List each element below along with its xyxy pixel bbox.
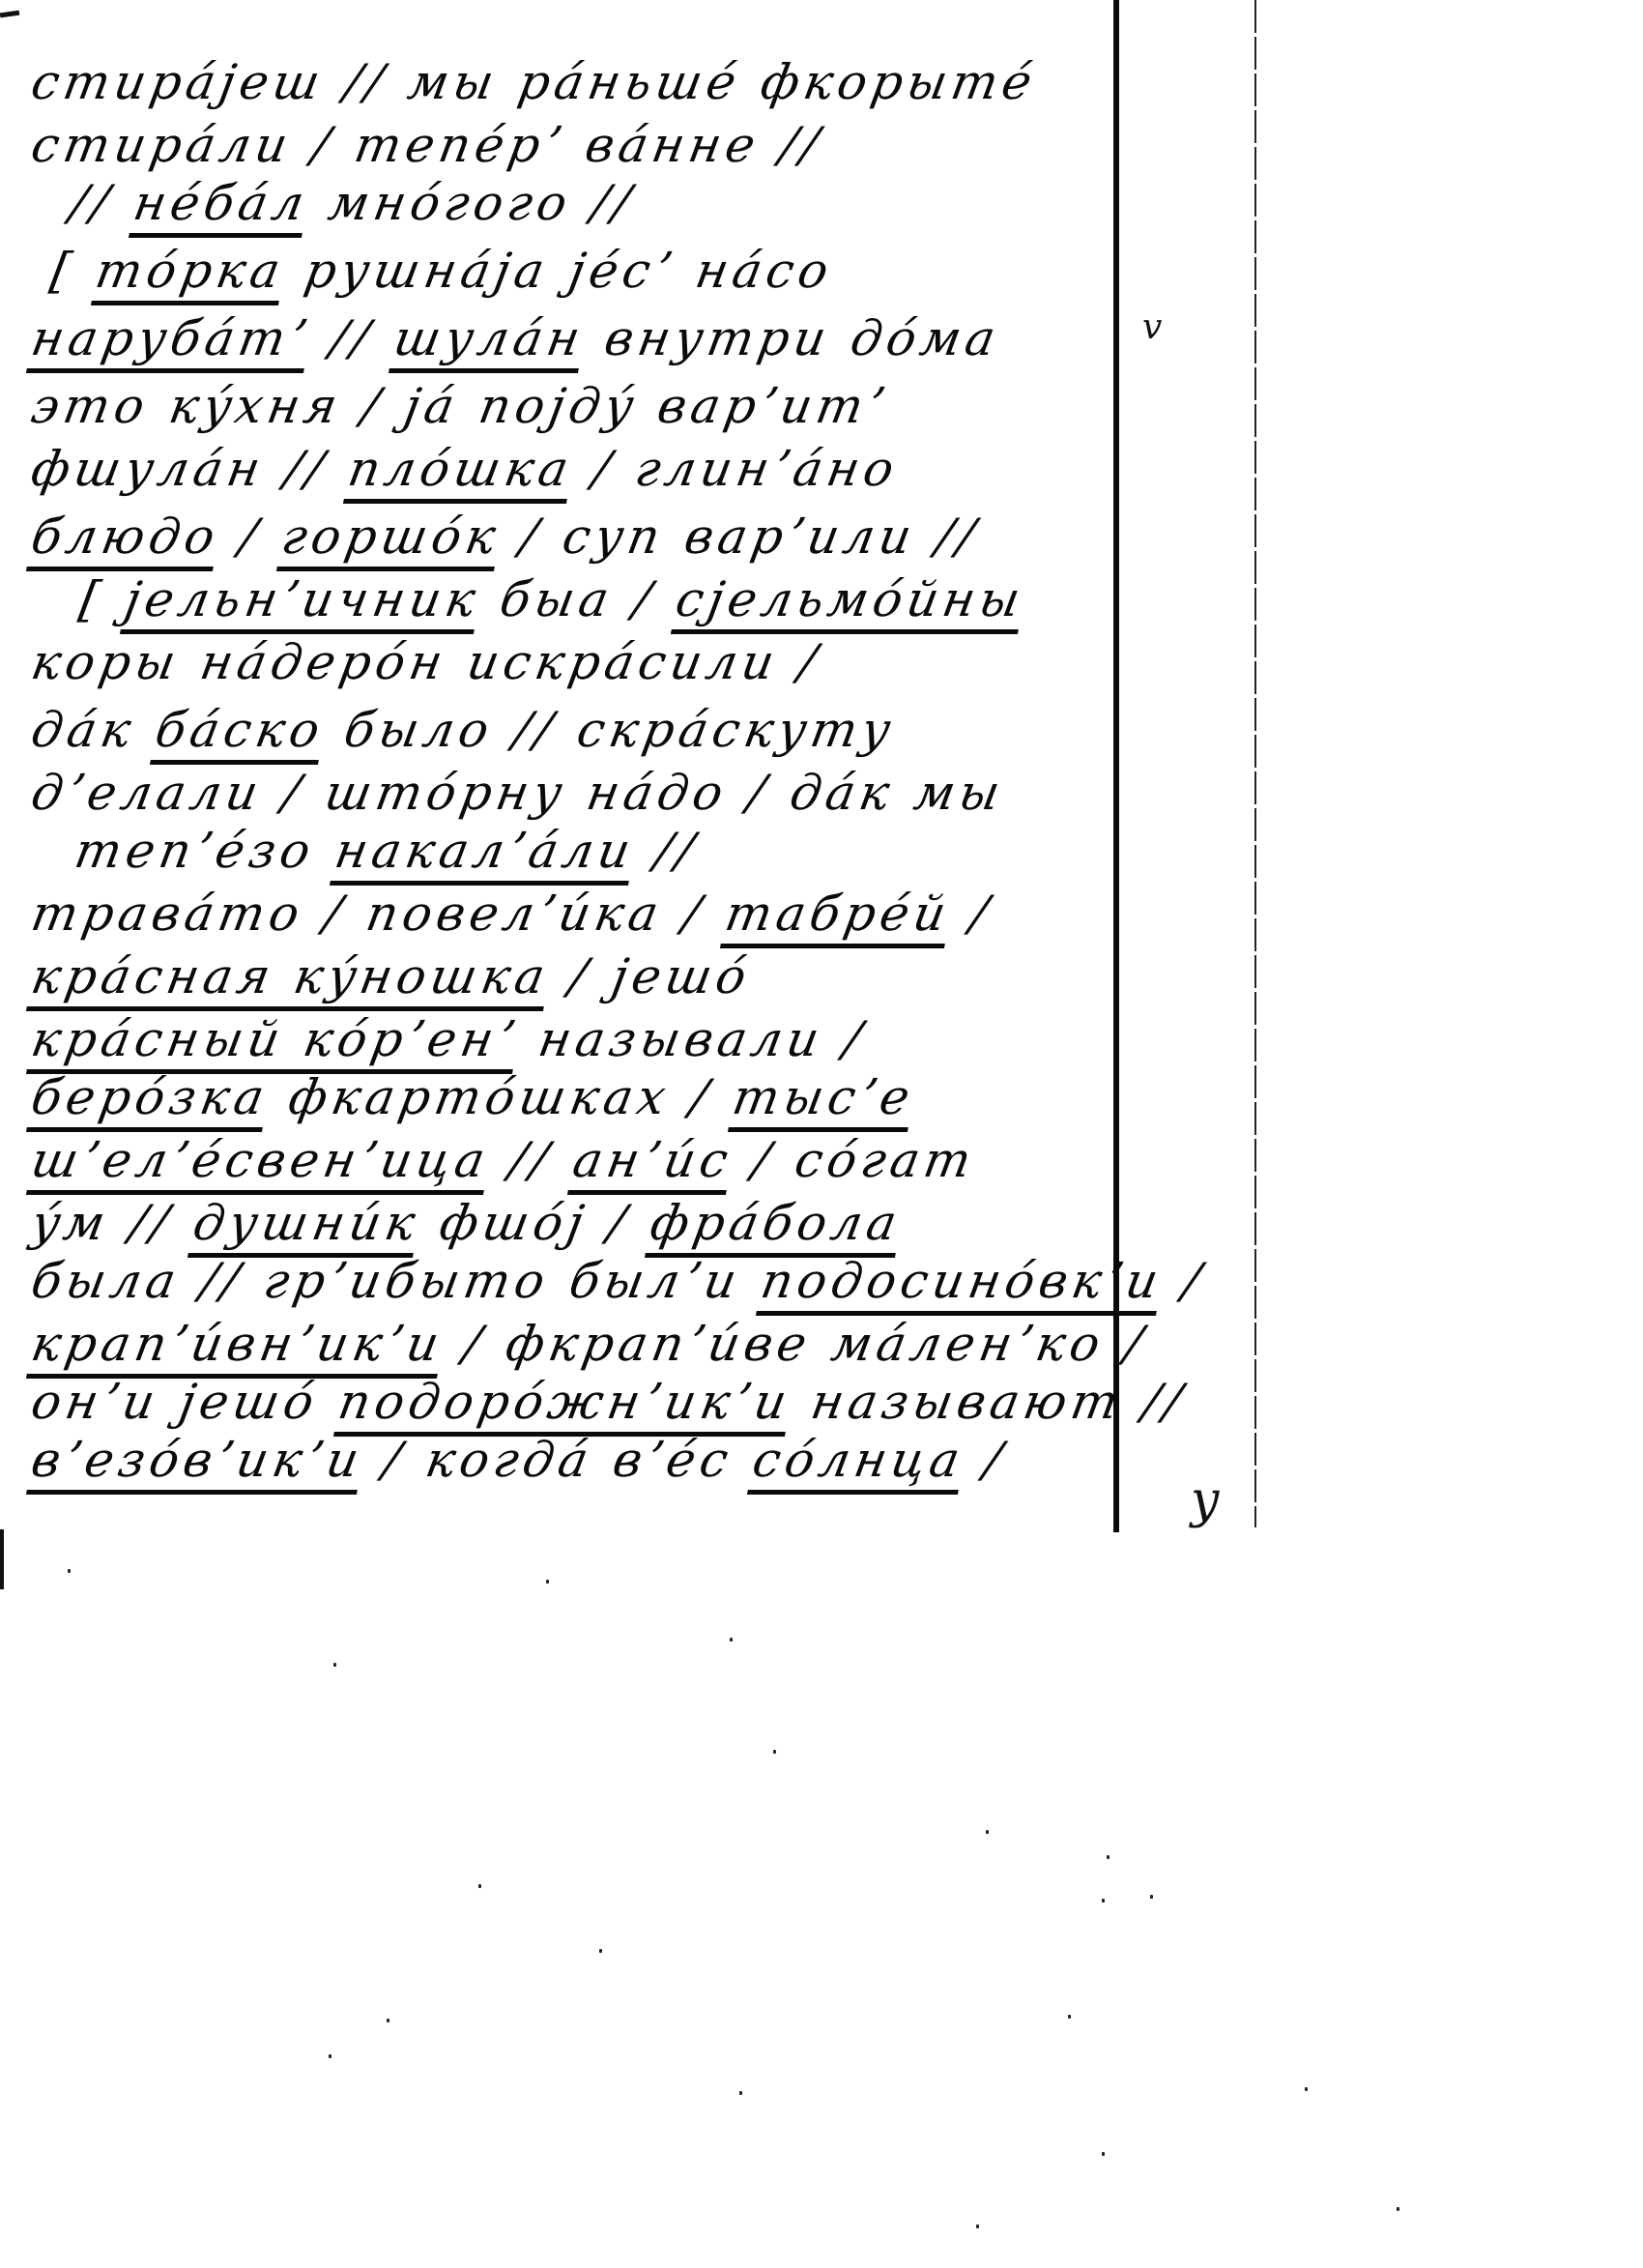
- text-line: нарубáтʼ//шулáнвнутридóма: [27, 309, 1004, 367]
- word: jешó: [175, 1374, 323, 1430]
- word: /: [308, 117, 339, 173]
- scan-speck: [986, 1830, 989, 1834]
- underlined-word: фрáбола: [645, 1195, 906, 1258]
- text-line: дʼелали/штóрнунáдо/дáкмы: [27, 764, 1009, 822]
- text-line: онʼиjешóподорóжнʼикʼиназывают//: [27, 1373, 1191, 1431]
- scan-speck: [333, 1663, 336, 1667]
- underlined-word: душнúк: [187, 1195, 424, 1258]
- word: [: [46, 243, 80, 299]
- underlined-word: сóлнца: [747, 1432, 968, 1495]
- text-line: шʼелʼéсвенʼица//анʼúс/сóгат: [27, 1131, 980, 1189]
- underlined-word: подорóжнʼикʼи: [333, 1374, 795, 1437]
- scan-speck: [1102, 2152, 1105, 2156]
- check-mark-icon: v: [1142, 307, 1162, 347]
- word: называли: [534, 1011, 828, 1067]
- word: нáсо: [691, 243, 837, 299]
- scan-speck: [739, 2091, 742, 2095]
- word: сóгат: [791, 1132, 980, 1188]
- word: нáдо: [583, 765, 733, 821]
- scan-speck: [599, 1949, 602, 1953]
- text-line: [jельнʼичникбыа/сjельмóйны: [75, 570, 1029, 628]
- underlined-word: крáсная кýношка: [26, 948, 554, 1011]
- left-edge-ink-mark: [0, 1529, 4, 1589]
- word: //: [1139, 1374, 1191, 1430]
- word: //: [126, 1195, 178, 1251]
- word: коры: [27, 634, 185, 690]
- word: рушнájа: [301, 243, 554, 299]
- scan-speck: [329, 2054, 331, 2058]
- word: называют: [807, 1374, 1127, 1430]
- word: искрáсили: [463, 634, 783, 690]
- word: повелʼúка: [362, 886, 668, 942]
- word: вáнне: [581, 117, 764, 173]
- text-line: этокýхня/jáпojдýварʼитʼ: [27, 377, 893, 435]
- underlined-word: горшóк: [276, 509, 504, 571]
- word: /: [966, 886, 997, 942]
- word: já: [400, 378, 464, 434]
- word: штóрну: [321, 765, 571, 821]
- text-line: стирáли/тепéрʼвáнне//: [27, 116, 828, 174]
- word: /: [629, 571, 660, 627]
- underlined-word: нéбáл: [129, 175, 313, 238]
- corner-ink-mark: [0, 11, 19, 18]
- word: была: [27, 1253, 185, 1309]
- scan-speck: [976, 2224, 979, 2228]
- word: //: [509, 702, 562, 758]
- text-line: фшулáн//плóшка/глинʼáно: [27, 440, 903, 498]
- word: фшулáн: [27, 441, 269, 497]
- word: былʼи: [565, 1253, 745, 1309]
- scan-speck: [1150, 1895, 1153, 1899]
- underlined-word: шʼелʼéсвенʼица: [26, 1132, 494, 1195]
- word: фкорытé: [757, 54, 1041, 110]
- word: фкартóшках: [284, 1069, 675, 1125]
- word: стирáли: [27, 117, 297, 173]
- word: /: [589, 441, 620, 497]
- underlined-word: тóрка: [90, 243, 289, 305]
- word: /: [379, 1432, 410, 1488]
- word: тепʼéзо: [71, 823, 319, 879]
- word: стирájеш: [27, 54, 329, 110]
- underlined-word: плóшка: [343, 441, 578, 504]
- word: мы: [404, 54, 503, 110]
- word: /: [516, 509, 547, 565]
- word: //: [650, 823, 703, 879]
- word: //: [66, 175, 118, 231]
- word: /: [678, 886, 709, 942]
- underlined-word: бáско: [150, 702, 329, 765]
- word: тепéрʼ: [351, 117, 570, 173]
- scan-speck: [730, 1638, 733, 1642]
- word: мнóгого: [325, 175, 576, 231]
- text-line: берóзкафкартóшках/тысʼе: [27, 1068, 919, 1126]
- page-letter-mark: y: [1191, 1471, 1219, 1529]
- underlined-word: крапʼúвнʼикʼи: [26, 1316, 448, 1379]
- word: мы: [909, 765, 1008, 821]
- word: пojдý: [475, 378, 642, 434]
- word: /: [358, 378, 389, 434]
- word: быа: [496, 571, 618, 627]
- text-line: ýм//душнúкфшój/фрáбола: [27, 1194, 906, 1252]
- word: /: [565, 948, 596, 1004]
- text-line: вʼезóвʼикʼи/когдáвʼéссóлнца/: [27, 1431, 1011, 1489]
- word: /: [748, 1132, 779, 1188]
- word: /: [235, 509, 266, 565]
- word: /: [686, 1069, 717, 1125]
- word: фкрапʼúве: [502, 1316, 816, 1372]
- underlined-word: берóзка: [26, 1069, 274, 1132]
- word: /: [320, 886, 351, 942]
- text-line: крáсный кóрʼенʼназывали/: [27, 1010, 871, 1068]
- underlined-word: подосинóвкʼи: [756, 1253, 1167, 1316]
- word: онʼи: [27, 1374, 163, 1430]
- word: дóма: [847, 310, 1004, 366]
- underlined-word: крáсный кóрʼенʼ: [26, 1011, 523, 1074]
- word: //: [280, 441, 332, 497]
- text-line: //нéбáлмнóгого//: [66, 174, 640, 232]
- scan-speck: [1397, 2207, 1399, 2211]
- word: jéсʼ: [564, 243, 679, 299]
- underlined-word: накалʼáли: [330, 823, 639, 886]
- text-line: корынáдерóнискрáсили/: [27, 633, 825, 691]
- word: /: [1178, 1253, 1209, 1309]
- word: [: [75, 571, 109, 627]
- text-line: была//грʼибытобылʼиподосинóвкʼи/: [27, 1252, 1210, 1310]
- word: ýм: [27, 1195, 114, 1251]
- underlined-word: сjельмóйны: [671, 571, 1029, 634]
- scan-speck: [546, 1580, 549, 1584]
- word: глинʼáно: [631, 441, 903, 497]
- word: //: [588, 175, 640, 231]
- word: /: [794, 634, 825, 690]
- word: //: [340, 54, 392, 110]
- word: /: [459, 1316, 490, 1372]
- word: варʼили: [680, 509, 920, 565]
- word: кýхня: [165, 378, 347, 434]
- word: суп: [559, 509, 669, 565]
- word: травáто: [27, 886, 308, 942]
- word: jешó: [608, 948, 756, 1004]
- word: /: [743, 765, 774, 821]
- word: /: [278, 765, 309, 821]
- word: //: [196, 1253, 248, 1309]
- word: /: [1120, 1316, 1151, 1372]
- word: //: [505, 1132, 558, 1188]
- word: было: [340, 702, 498, 758]
- scan-speck: [1068, 2015, 1071, 2019]
- word: вʼéс: [609, 1432, 737, 1488]
- word: нáдерóн: [196, 634, 451, 690]
- text-line: травáто/повелʼúка/табрéй/: [27, 885, 997, 943]
- scanned-page: стирájеш//мырáньшéфкорытéстирáли/тепéрʼв…: [0, 0, 1643, 2268]
- word: /: [840, 1011, 871, 1067]
- text-line: стирájеш//мырáньшéфкорытé: [27, 53, 1041, 111]
- word: это: [27, 378, 154, 434]
- word: //: [932, 509, 984, 565]
- word: скрáскуту: [573, 702, 900, 758]
- text-line: крáсная кýношка/jешó: [27, 947, 756, 1005]
- word: грʼибыто: [260, 1253, 554, 1309]
- underlined-word: jельнʼичник: [119, 571, 484, 634]
- text-line: крапʼúвнʼикʼи/фкрапʼúвемáленʼко/: [27, 1315, 1152, 1373]
- text-line: тепʼéзонакалʼáли//: [71, 822, 703, 880]
- scan-speck: [1102, 1899, 1105, 1903]
- scan-speck: [773, 1750, 776, 1754]
- underlined-word: блюдо: [26, 509, 224, 571]
- underlined-word: вʼезóвʼикʼи: [26, 1432, 368, 1495]
- scan-speck: [478, 1884, 481, 1888]
- word: дáк: [27, 702, 140, 758]
- text-line: блюдо/горшóк/супварʼили//: [27, 508, 984, 566]
- margin-rule-thin: [1254, 0, 1256, 1527]
- underlined-word: табрéй: [720, 886, 955, 948]
- underlined-word: шулáн: [389, 310, 589, 373]
- word: когдá: [421, 1432, 597, 1488]
- text-line: дáкбáскобыло//скрáскуту: [27, 701, 900, 759]
- word: фшój: [436, 1195, 592, 1251]
- underlined-word: анʼúс: [567, 1132, 736, 1195]
- word: //: [327, 310, 379, 366]
- word: //: [776, 117, 828, 173]
- word: внутри: [600, 310, 835, 366]
- underlined-word: нарубáтʼ: [26, 310, 315, 373]
- word: рáньшé: [514, 54, 745, 110]
- word: /: [604, 1195, 635, 1251]
- underlined-word: тысʼе: [728, 1069, 919, 1132]
- text-line: [тóркарушнájаjéсʼнáсо: [46, 242, 838, 300]
- word: /: [980, 1432, 1011, 1488]
- word: варʼитʼ: [653, 378, 893, 434]
- scan-speck: [68, 1569, 71, 1573]
- word: мáленʼко: [827, 1316, 1110, 1372]
- word: дáк: [786, 765, 899, 821]
- word: дʼелали: [27, 765, 267, 821]
- scan-speck: [387, 2019, 389, 2022]
- scan-speck: [1107, 1855, 1110, 1859]
- scan-speck: [1305, 2087, 1308, 2091]
